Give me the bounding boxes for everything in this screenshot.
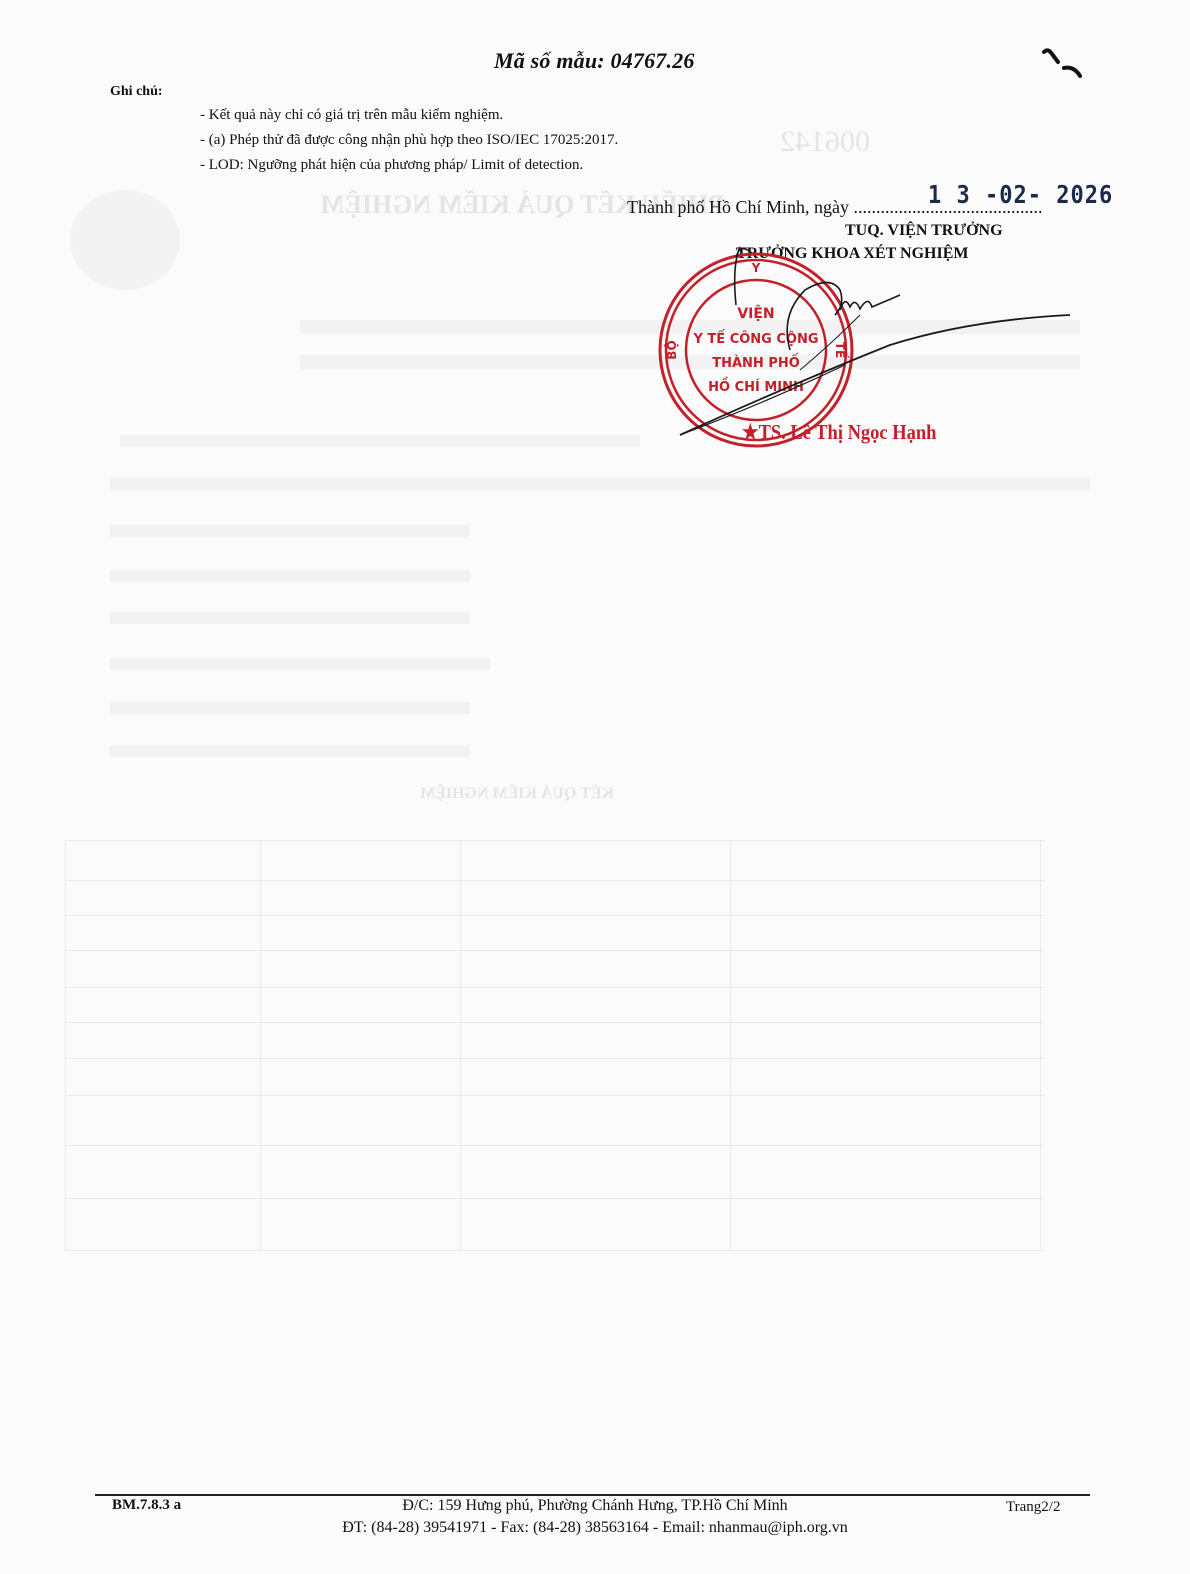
sample-code: Mã số mẫu: 04767.26 — [494, 48, 695, 74]
signer-name: ★TS. Lê Thị Ngọc Hạnh — [742, 420, 936, 445]
signer-name-text: TS. Lê Thị Ngọc Hạnh — [759, 420, 937, 444]
star-icon: ★ — [742, 420, 759, 444]
bleed-through-number: 006142 — [780, 125, 870, 159]
page-number: Trang2/2 — [1006, 1499, 1060, 1516]
note-item: - (a) Phép thử đã được công nhận phù hợp… — [200, 132, 618, 149]
footer-divider — [95, 1494, 1090, 1496]
note-item: - LOD: Ngưỡng phát hiện của phương pháp/… — [200, 157, 583, 174]
corner-mark-icon — [1038, 46, 1088, 86]
note-item: - Kết quả này chỉ có giá trị trên mẫu ki… — [200, 107, 503, 124]
bleed-through-subheading: KẾT QUẢ KIỂM NGHIỆM — [420, 785, 614, 803]
footer-contact: ĐT: (84-28) 39541971 - Fax: (84-28) 3856… — [0, 1519, 1190, 1537]
date-value: 1 3 -02- 2026 — [928, 181, 1113, 210]
notes-label: Ghi chú: — [110, 84, 163, 100]
place-date-prefix: Thành phố Hồ Chí Minh, ngày — [627, 197, 849, 217]
